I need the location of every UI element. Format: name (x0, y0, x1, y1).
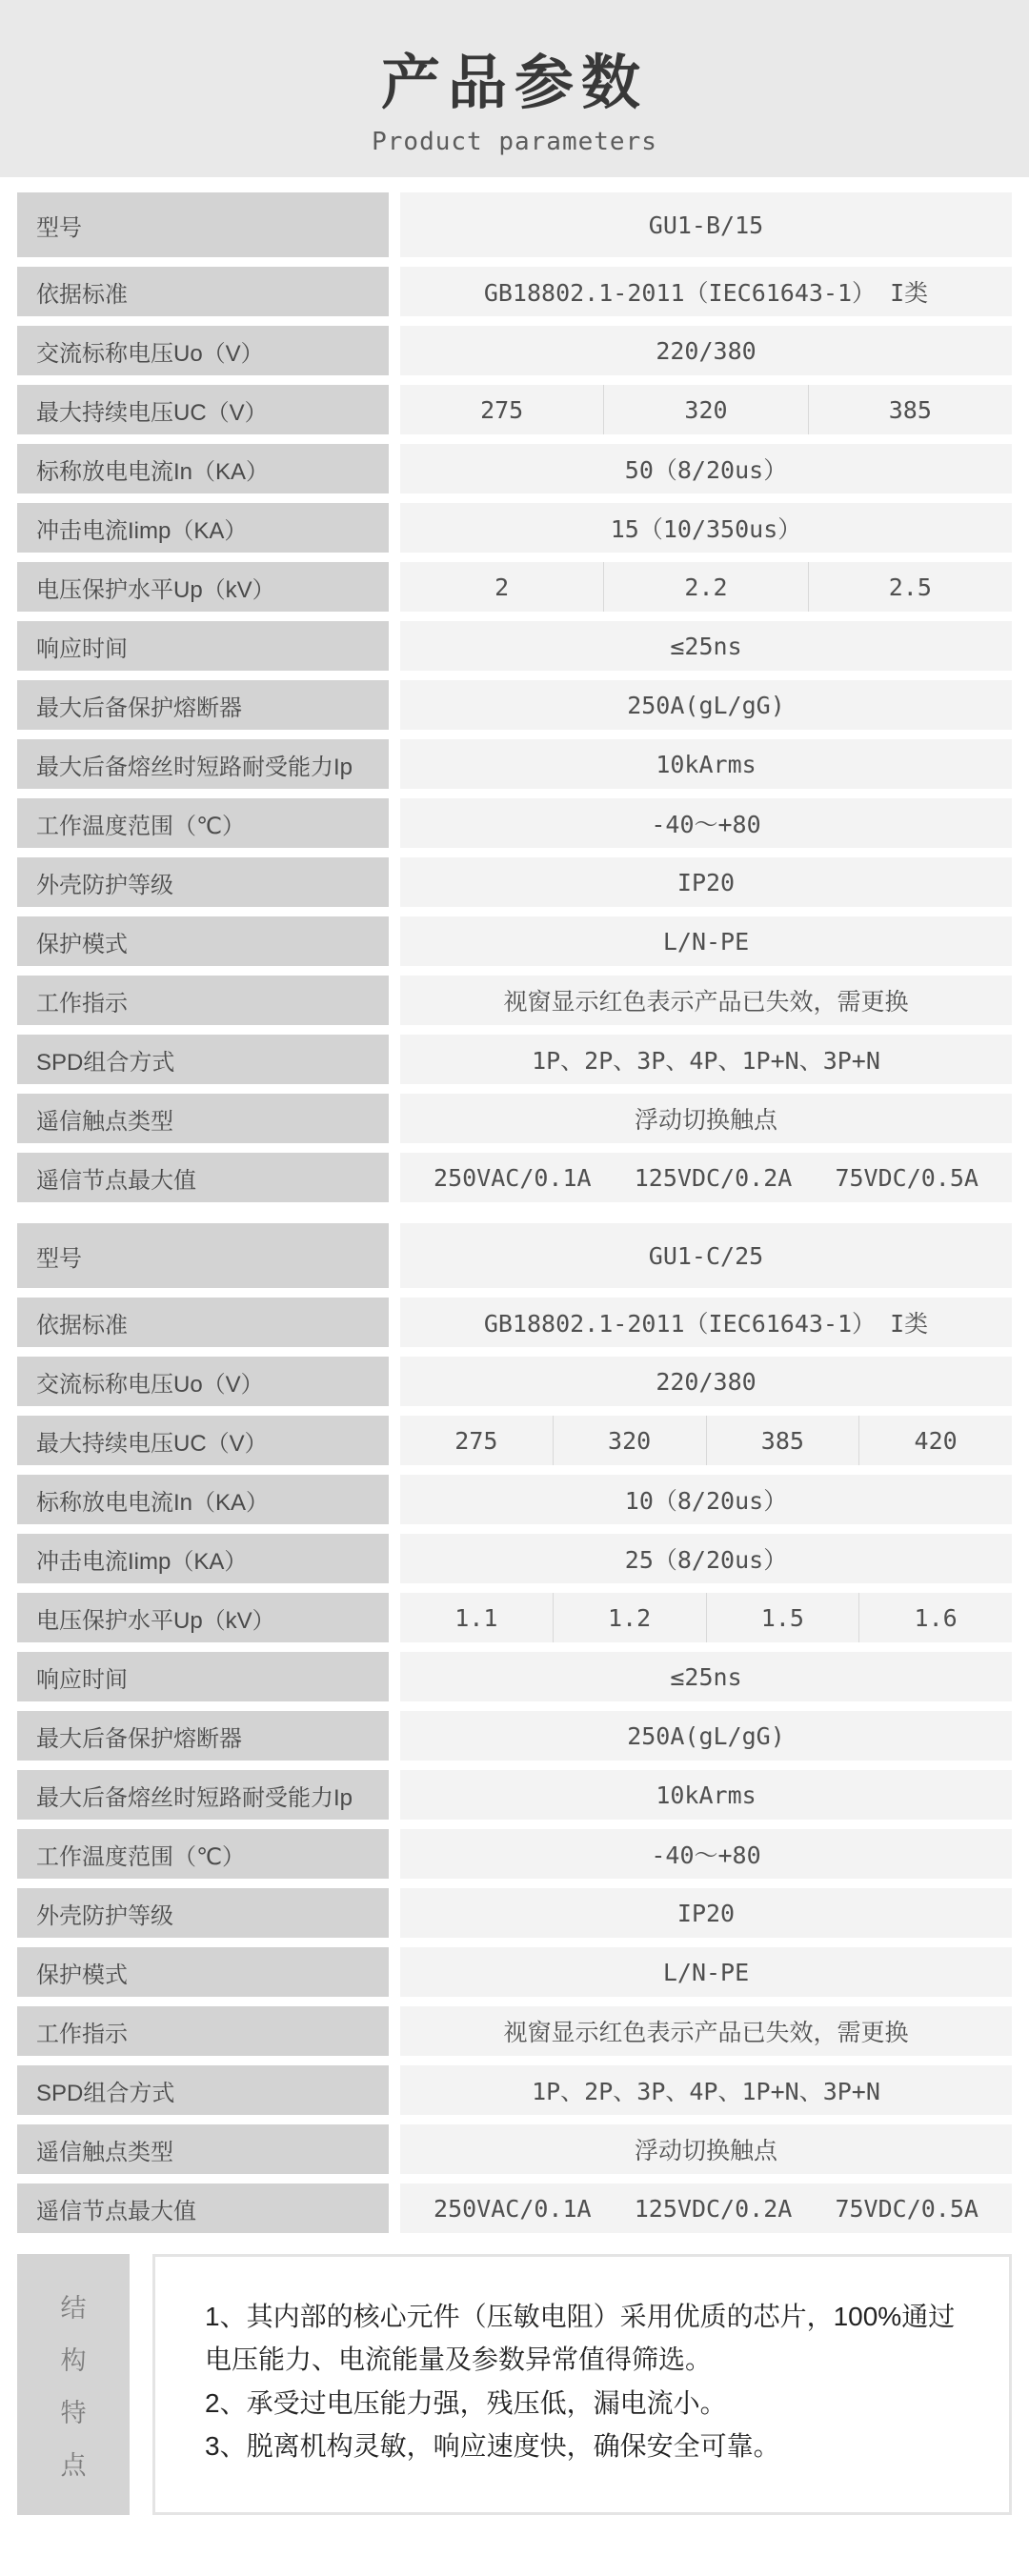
row-label: 响应时间 (17, 1652, 389, 1701)
row-value: 1.1 (400, 1593, 553, 1642)
row-values: IP20 (400, 857, 1012, 907)
row-value: 1.5 (706, 1593, 859, 1642)
table-row: 标称放电电流In（KA） 10（8/20us） (17, 1475, 1012, 1524)
row-label: 遥信节点最大值 (17, 1153, 389, 1202)
table-row: 工作指示 视窗显示红色表示产品已失效，需更换 (17, 976, 1012, 1025)
row-value: 220/380 (400, 326, 1012, 375)
row-label: 工作温度范围（℃） (17, 798, 389, 848)
table-row: 最大后备熔丝时短路耐受能力Ip 10kArms (17, 739, 1012, 789)
row-value: 浮动切换触点 (400, 1094, 1012, 1143)
row-value: L/N-PE (400, 1947, 1012, 1997)
row-value: 10kArms (400, 739, 1012, 789)
row-value: 220/380 (400, 1357, 1012, 1406)
row-label: 遥信节点最大值 (17, 2184, 389, 2233)
row-label: 型号 (17, 1223, 389, 1288)
spec-table-1: 型号 GU1-B/15 依据标准 GB18802.1-2011（IEC61643… (17, 192, 1012, 1212)
row-value: 视窗显示红色表示产品已失效，需更换 (400, 976, 1012, 1025)
row-values: 浮动切换触点 (400, 2124, 1012, 2174)
page-subtitle: Product parameters (372, 128, 657, 156)
row-label: 型号 (17, 192, 389, 257)
row-label: 外壳防护等级 (17, 1888, 389, 1938)
row-values: 220/380 (400, 1357, 1012, 1406)
row-value: IP20 (400, 857, 1012, 907)
row-value: 250A(gL/gG) (400, 1711, 1012, 1761)
table-row: 工作温度范围（℃） -40～+80 (17, 1829, 1012, 1879)
row-value: 275 (400, 385, 603, 434)
row-label: 最大后备熔丝时短路耐受能力Ip (17, 739, 389, 789)
row-value: 250VAC/0.1A 125VDC/0.2A 75VDC/0.5A (400, 2184, 1012, 2233)
feature-item: 2、承受过电压能力强，残压低，漏电流小。 (205, 2382, 963, 2425)
row-values: 浮动切换触点 (400, 1094, 1012, 1143)
table-row: 电压保护水平Up（kV） 1.11.21.51.6 (17, 1593, 1012, 1642)
features-side-char: 结 (61, 2287, 87, 2324)
row-value: 1P、2P、3P、4P、1P+N、3P+N (400, 1035, 1012, 1084)
row-label: 依据标准 (17, 267, 389, 316)
row-value: 50（8/20us） (400, 444, 1012, 493)
row-values: 220/380 (400, 326, 1012, 375)
row-value: GB18802.1-2011（IEC61643-1） I类 (400, 1298, 1012, 1347)
table-row: 依据标准 GB18802.1-2011（IEC61643-1） I类 (17, 1298, 1012, 1347)
row-value: 2.5 (808, 562, 1012, 612)
table-row: 响应时间 ≤25ns (17, 621, 1012, 671)
feature-item: 1、其内部的核心元件（压敏电阻）采用优质的芯片，100%通过电压能力、电流能量及… (205, 2295, 963, 2382)
row-label: 标称放电电流In（KA） (17, 444, 389, 493)
row-label: 保护模式 (17, 1947, 389, 1997)
row-values: 250A(gL/gG) (400, 680, 1012, 730)
table-row: 外壳防护等级 IP20 (17, 1888, 1012, 1938)
row-value: 1.2 (553, 1593, 706, 1642)
row-label: 最大持续电压UC（V） (17, 1416, 389, 1465)
row-label: SPD组合方式 (17, 2065, 389, 2115)
table-row: 遥信节点最大值 250VAC/0.1A 125VDC/0.2A 75VDC/0.… (17, 2184, 1012, 2233)
table-row: 标称放电电流In（KA） 50（8/20us） (17, 444, 1012, 493)
table-row: 响应时间 ≤25ns (17, 1652, 1012, 1701)
row-value: ≤25ns (400, 621, 1012, 671)
table-row: 交流标称电压Uo（V） 220/380 (17, 326, 1012, 375)
row-label: 保护模式 (17, 916, 389, 966)
row-values: IP20 (400, 1888, 1012, 1938)
row-value: 10kArms (400, 1770, 1012, 1820)
table-row: 最大持续电压UC（V） 275320385420 (17, 1416, 1012, 1465)
row-value: 275 (400, 1416, 553, 1465)
table-row: SPD组合方式 1P、2P、3P、4P、1P+N、3P+N (17, 2065, 1012, 2115)
row-values: 250A(gL/gG) (400, 1711, 1012, 1761)
row-label: 依据标准 (17, 1298, 389, 1347)
page-title: 产品参数 (381, 35, 648, 120)
row-label: 电压保护水平Up（kV） (17, 1593, 389, 1642)
table-row: 遥信触点类型 浮动切换触点 (17, 1094, 1012, 1143)
row-values: GB18802.1-2011（IEC61643-1） I类 (400, 267, 1012, 316)
row-value: 1.6 (858, 1593, 1012, 1642)
row-label: 响应时间 (17, 621, 389, 671)
row-label: 最大后备保护熔断器 (17, 1711, 389, 1761)
row-label: 遥信触点类型 (17, 1094, 389, 1143)
row-label: 冲击电流Iimp（KA） (17, 1534, 389, 1583)
row-value: 385 (808, 385, 1012, 434)
row-values: GU1-B/15 (400, 192, 1012, 257)
row-label: 工作指示 (17, 2006, 389, 2056)
row-values: 25（8/20us） (400, 1534, 1012, 1583)
row-value: 浮动切换触点 (400, 2124, 1012, 2174)
row-value: 1P、2P、3P、4P、1P+N、3P+N (400, 2065, 1012, 2115)
row-value: GU1-B/15 (400, 192, 1012, 257)
bottom-spacer (0, 2515, 1029, 2576)
row-values: 1P、2P、3P、4P、1P+N、3P+N (400, 1035, 1012, 1084)
row-label: 工作指示 (17, 976, 389, 1025)
row-values: 视窗显示红色表示产品已失效，需更换 (400, 976, 1012, 1025)
features-section: 结 构 特 点 1、其内部的核心元件（压敏电阻）采用优质的芯片，100%通过电压… (17, 2254, 1012, 2515)
row-values: 275320385 (400, 385, 1012, 434)
row-label: 交流标称电压Uo（V） (17, 326, 389, 375)
row-values: 275320385420 (400, 1416, 1012, 1465)
feature-item: 3、脱离机构灵敏，响应速度快，确保安全可靠。 (205, 2425, 963, 2467)
row-values: 10（8/20us） (400, 1475, 1012, 1524)
row-value: 250A(gL/gG) (400, 680, 1012, 730)
row-label: 最大后备保护熔断器 (17, 680, 389, 730)
row-value: -40～+80 (400, 798, 1012, 848)
table-row: 电压保护水平Up（kV） 22.22.5 (17, 562, 1012, 612)
row-values: 15（10/350us） (400, 503, 1012, 553)
table-row: 工作温度范围（℃） -40～+80 (17, 798, 1012, 848)
table-row: 保护模式 L/N-PE (17, 916, 1012, 966)
row-value: -40～+80 (400, 1829, 1012, 1879)
table-row: 遥信触点类型 浮动切换触点 (17, 2124, 1012, 2174)
row-values: 10kArms (400, 739, 1012, 789)
header: 产品参数 Product parameters (0, 0, 1029, 177)
row-label: SPD组合方式 (17, 1035, 389, 1084)
table-row: 最大后备保护熔断器 250A(gL/gG) (17, 1711, 1012, 1761)
table-row: 保护模式 L/N-PE (17, 1947, 1012, 1997)
row-values: 1P、2P、3P、4P、1P+N、3P+N (400, 2065, 1012, 2115)
table-row: 遥信节点最大值 250VAC/0.1A 125VDC/0.2A 75VDC/0.… (17, 1153, 1012, 1202)
features-box: 1、其内部的核心元件（压敏电阻）采用优质的芯片，100%通过电压能力、电流能量及… (152, 2254, 1012, 2515)
row-value: 2.2 (603, 562, 807, 612)
table-row: 冲击电流Iimp（KA） 15（10/350us） (17, 503, 1012, 553)
features-side-label: 结 构 特 点 (17, 2254, 130, 2515)
row-values: GB18802.1-2011（IEC61643-1） I类 (400, 1298, 1012, 1347)
table-row: 最大后备保护熔断器 250A(gL/gG) (17, 680, 1012, 730)
table-row: 型号 GU1-B/15 (17, 192, 1012, 257)
row-value: GB18802.1-2011（IEC61643-1） I类 (400, 267, 1012, 316)
row-values: L/N-PE (400, 1947, 1012, 1997)
table-row: 外壳防护等级 IP20 (17, 857, 1012, 907)
row-values: 50（8/20us） (400, 444, 1012, 493)
row-values: 250VAC/0.1A 125VDC/0.2A 75VDC/0.5A (400, 2184, 1012, 2233)
row-values: -40～+80 (400, 1829, 1012, 1879)
row-value: 10（8/20us） (400, 1475, 1012, 1524)
row-label: 电压保护水平Up（kV） (17, 562, 389, 612)
table-row: 依据标准 GB18802.1-2011（IEC61643-1） I类 (17, 267, 1012, 316)
row-value: IP20 (400, 1888, 1012, 1938)
table-row: 型号 GU1-C/25 (17, 1223, 1012, 1288)
table-row: 最大后备熔丝时短路耐受能力Ip 10kArms (17, 1770, 1012, 1820)
row-label: 最大后备熔丝时短路耐受能力Ip (17, 1770, 389, 1820)
table-row: 交流标称电压Uo（V） 220/380 (17, 1357, 1012, 1406)
row-value: GU1-C/25 (400, 1223, 1012, 1288)
spec-table-2: 型号 GU1-C/25 依据标准 GB18802.1-2011（IEC61643… (17, 1223, 1012, 2243)
row-values: 1.11.21.51.6 (400, 1593, 1012, 1642)
row-label: 工作温度范围（℃） (17, 1829, 389, 1879)
row-values: L/N-PE (400, 916, 1012, 966)
row-values: 10kArms (400, 1770, 1012, 1820)
row-value: 420 (858, 1416, 1012, 1465)
row-values: ≤25ns (400, 621, 1012, 671)
row-label: 冲击电流Iimp（KA） (17, 503, 389, 553)
table-row: 最大持续电压UC（V） 275320385 (17, 385, 1012, 434)
row-value: 15（10/350us） (400, 503, 1012, 553)
row-values: -40～+80 (400, 798, 1012, 848)
row-value: 250VAC/0.1A 125VDC/0.2A 75VDC/0.5A (400, 1153, 1012, 1202)
features-side-char: 点 (61, 2445, 87, 2482)
row-value: 320 (603, 385, 807, 434)
row-value: 视窗显示红色表示产品已失效，需更换 (400, 2006, 1012, 2056)
row-value: L/N-PE (400, 916, 1012, 966)
row-label: 遥信触点类型 (17, 2124, 389, 2174)
row-values: GU1-C/25 (400, 1223, 1012, 1288)
features-side-char: 构 (61, 2340, 87, 2377)
row-values: 22.22.5 (400, 562, 1012, 612)
row-values: 250VAC/0.1A 125VDC/0.2A 75VDC/0.5A (400, 1153, 1012, 1202)
table-row: 工作指示 视窗显示红色表示产品已失效，需更换 (17, 2006, 1012, 2056)
row-values: 视窗显示红色表示产品已失效，需更换 (400, 2006, 1012, 2056)
row-value: 25（8/20us） (400, 1534, 1012, 1583)
row-value: 2 (400, 562, 603, 612)
row-label: 最大持续电压UC（V） (17, 385, 389, 434)
row-label: 外壳防护等级 (17, 857, 389, 907)
row-value: 320 (553, 1416, 706, 1465)
row-value: 385 (706, 1416, 859, 1465)
row-value: ≤25ns (400, 1652, 1012, 1701)
table-row: 冲击电流Iimp（KA） 25（8/20us） (17, 1534, 1012, 1583)
row-values: ≤25ns (400, 1652, 1012, 1701)
table-row: SPD组合方式 1P、2P、3P、4P、1P+N、3P+N (17, 1035, 1012, 1084)
row-label: 标称放电电流In（KA） (17, 1475, 389, 1524)
row-label: 交流标称电压Uo（V） (17, 1357, 389, 1406)
features-side-char: 特 (61, 2392, 87, 2429)
